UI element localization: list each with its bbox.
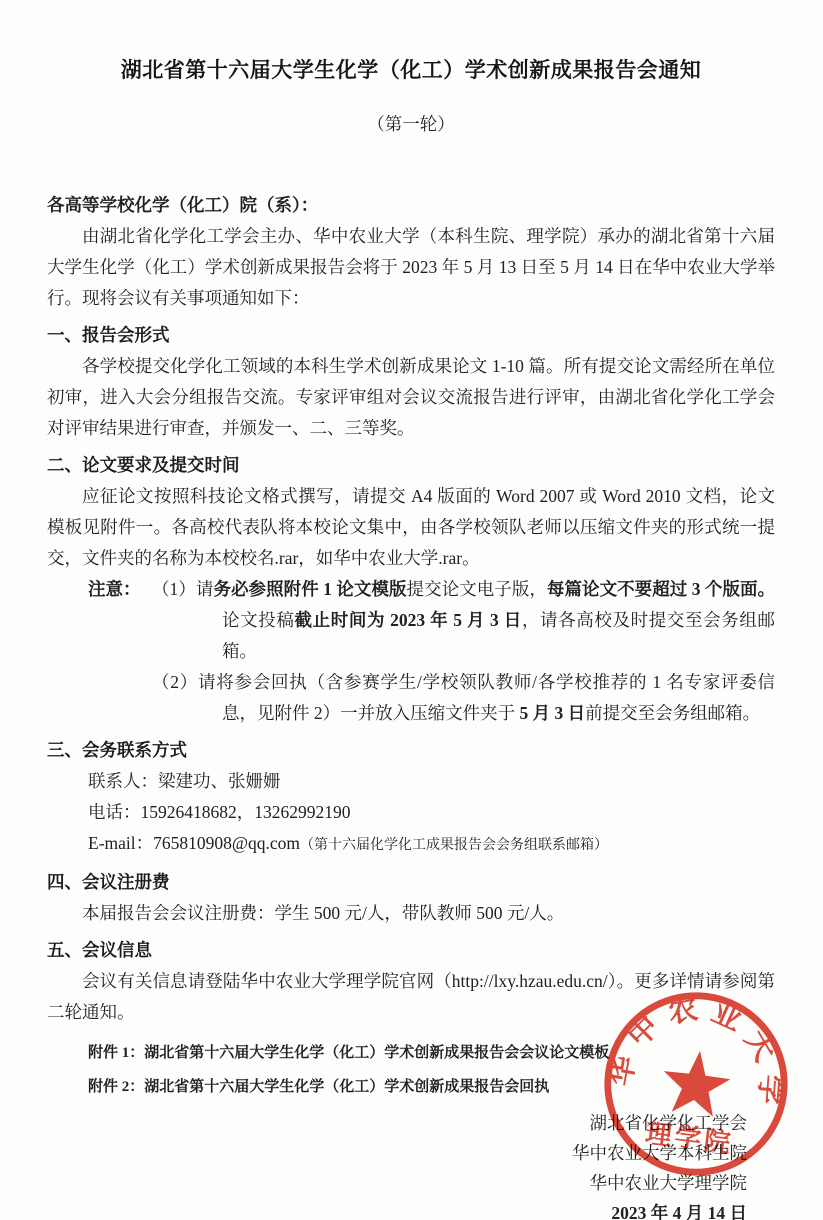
section-4-heading: 四、会议注册费 — [47, 867, 775, 898]
section-1-heading: 一、报告会形式 — [47, 320, 775, 351]
section-4-body: 本届报告会会议注册费：学生 500 元/人，带队教师 500 元/人。 — [47, 898, 775, 929]
document-title: 湖北省第十六届大学生化学（化工）学术创新成果报告会通知 — [47, 57, 775, 85]
notice-item-1: （1）请务必参照附件 1 论文模版提交论文电子版，每篇论文不要超过 3 个版面。… — [152, 574, 775, 667]
document-round-subtitle: （第一轮） — [47, 109, 775, 140]
notice-item-2: （2）请将参会回执（含参赛学生/学校领队教师/各学校推荐的 1 名专家评委信息，… — [152, 667, 775, 729]
contact-phone-line: 电话：15926418682，13262992190 — [88, 797, 775, 828]
notice-1-bold-template: 务必参照附件 1 论文模版 — [213, 579, 406, 599]
section-1-body: 各学校提交化学化工领域的本科生学术创新成果论文 1-10 篇。所有提交论文需经所… — [47, 351, 775, 444]
section-5-heading: 五、会议信息 — [47, 935, 775, 966]
notice-label: 注意： — [88, 574, 152, 729]
notice-1-bold-limit: 每篇论文不要超过 3 个版面。 — [547, 579, 775, 599]
notice-block: 注意： （1）请务必参照附件 1 论文模版提交论文电子版，每篇论文不要超过 3 … — [88, 574, 775, 729]
salutation-line: 各高等学校化学（化工）院（系）： — [47, 190, 775, 221]
section-3-heading: 三、会务联系方式 — [47, 735, 775, 766]
email-address: E-mail：765810908@qq.com — [88, 833, 300, 853]
section-2-heading: 二、论文要求及提交时间 — [47, 450, 775, 481]
notice-1-text: 论文投稿 — [222, 610, 294, 630]
notice-2-text: 前提交至会务组邮箱。 — [585, 703, 760, 723]
signature-date: 2023 年 4 月 14 日 — [47, 1198, 747, 1220]
scanned-notice-page: 湖北省第十六届大学生化学（化工）学术创新成果报告会通知 （第一轮） 各高等学校化… — [0, 0, 823, 1220]
notice-1-bold-deadline: 截止时间为 2023 年 5 月 3 日 — [294, 610, 521, 630]
section-2-body: 应征论文按照科技论文格式撰写，请提交 A4 版面的 Word 2007 或 Wo… — [47, 481, 775, 574]
section-5-body: 会议有关信息请登陆华中农业大学理学院官网（http://lxy.hzau.edu… — [47, 966, 775, 1028]
signature-org-3: 华中农业大学理学院 — [47, 1168, 747, 1198]
signature-org-2: 华中农业大学本科生院 — [47, 1138, 747, 1168]
signature-org-1: 湖北省化学化工学会 — [47, 1108, 747, 1138]
email-note: （第十六届化学化工成果报告会会务组联系邮箱） — [300, 838, 608, 853]
attachment-2-line: 附件 2：湖北省第十六届大学生化学（化工）学术创新成果报告会回执 — [88, 1070, 775, 1104]
intro-paragraph: 由湖北省化学化工学会主办、华中农业大学（本科生院、理学院）承办的湖北省第十六届大… — [47, 221, 775, 314]
attachment-1-line: 附件 1：湖北省第十六届大学生化学（化工）学术创新成果报告会会议论文模板 — [88, 1036, 775, 1070]
attachments-list: 附件 1：湖北省第十六届大学生化学（化工）学术创新成果报告会会议论文模板 附件 … — [88, 1036, 775, 1104]
notice-1-text: 提交论文电子版， — [407, 579, 547, 599]
contact-email-line: E-mail：765810908@qq.com（第十六届化学化工成果报告会会务组… — [88, 828, 775, 861]
signature-block: 湖北省化学化工学会 华中农业大学本科生院 华中农业大学理学院 2023 年 4 … — [47, 1108, 775, 1220]
notice-items: （1）请务必参照附件 1 论文模版提交论文电子版，每篇论文不要超过 3 个版面。… — [152, 574, 775, 729]
contact-person-line: 联系人：梁建功、张姗姗 — [88, 766, 775, 797]
notice-1-text: （1）请 — [152, 579, 213, 599]
notice-2-bold-date: 5 月 3 日 — [520, 703, 586, 723]
